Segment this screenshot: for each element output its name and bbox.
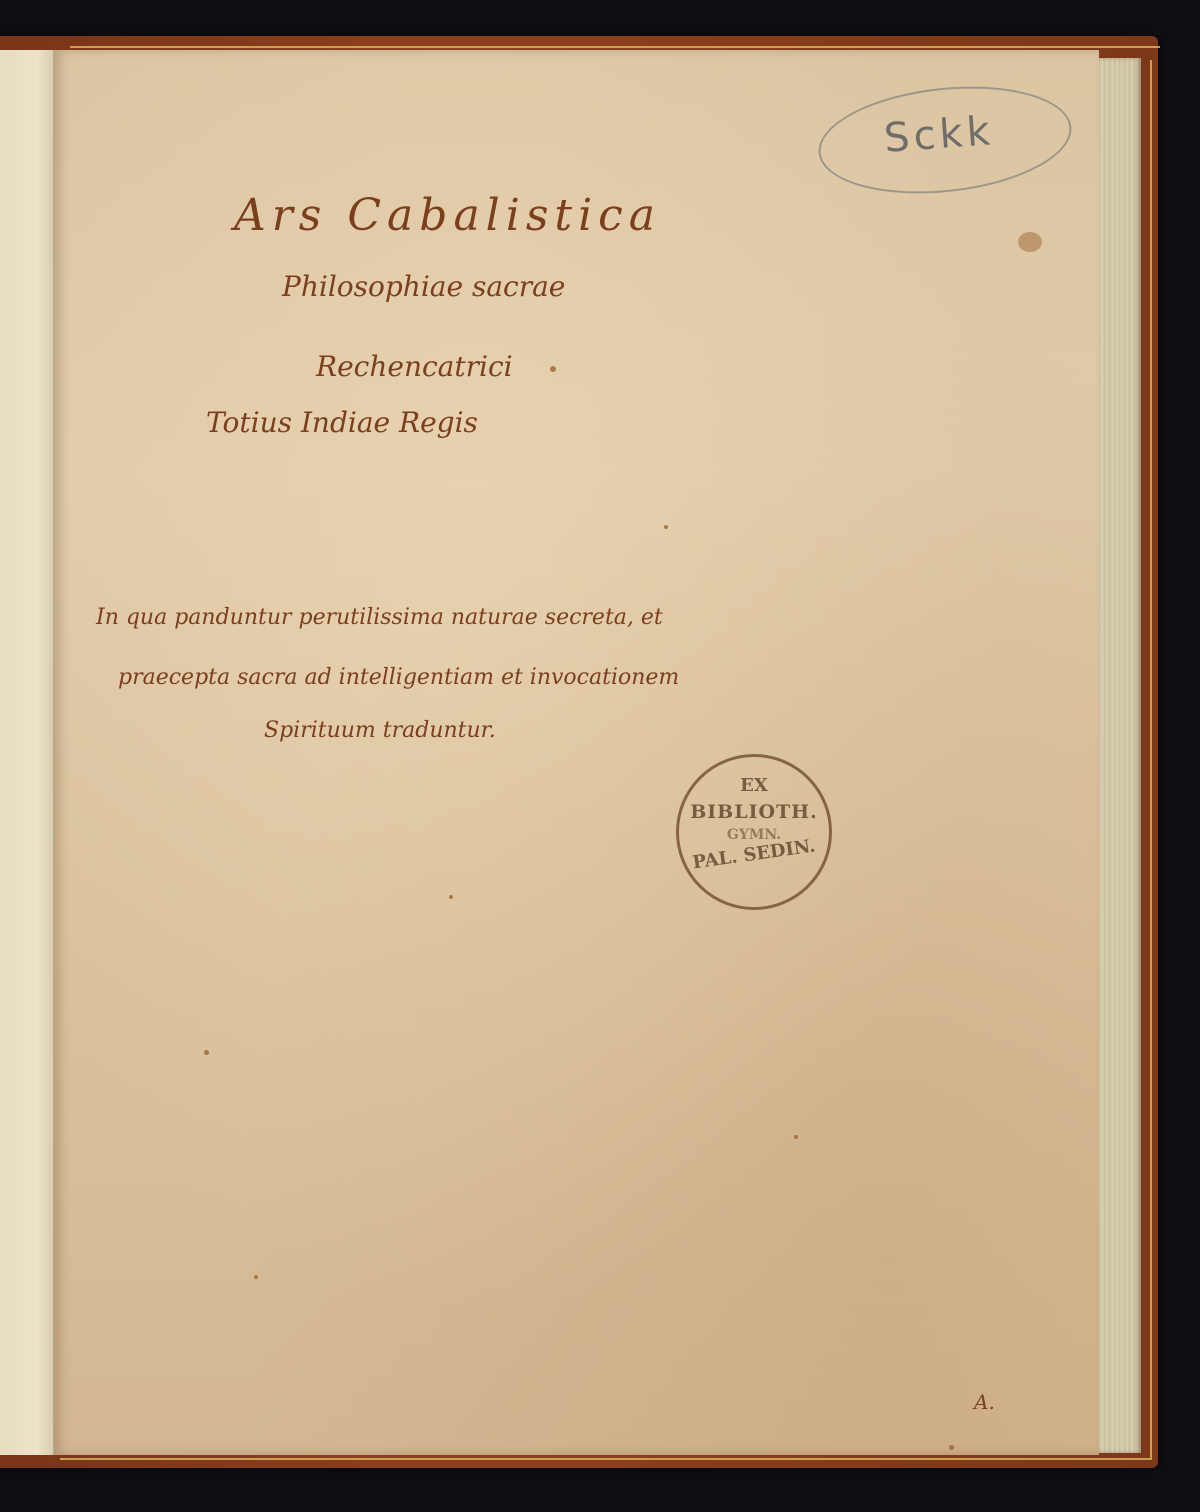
stamp-line-2: BIBLIOTH. [679, 803, 829, 822]
signature-mark: A. [974, 1390, 995, 1414]
foxing-spot [949, 1445, 954, 1450]
title-line-4: Totius Indiae Regis [206, 406, 478, 439]
gilt-rule-top [70, 46, 1160, 48]
title-line-3: Rechencatrici [316, 350, 513, 383]
title-line-1: Ars Cabalistica [234, 190, 661, 241]
library-stamp: EX BIBLIOTH. GYMN. PAL. SEDIN. [676, 754, 832, 910]
body-line-3: Spirituum traduntur. [264, 718, 496, 743]
manuscript-page: Sckk Ars Cabalistica Philosophiae sacrae… [54, 50, 1099, 1455]
foxing-spot [794, 1135, 798, 1139]
foxing-spot [1018, 232, 1042, 252]
body-line-1: In qua panduntur perutilissima naturae s… [96, 605, 663, 630]
gilt-rule-bottom [60, 1458, 1150, 1460]
foxing-spot [204, 1050, 209, 1055]
foxing-spot [449, 895, 453, 899]
book-photograph: Sckk Ars Cabalistica Philosophiae sacrae… [0, 0, 1200, 1512]
gilt-rule-right [1150, 60, 1152, 1460]
page-block-edges [1095, 58, 1141, 1453]
foxing-spot [664, 525, 668, 529]
foxing-spot [254, 1275, 258, 1279]
left-endpaper [0, 50, 54, 1455]
title-line-2: Philosophiae sacrae [282, 270, 565, 303]
foxing-spot [550, 366, 556, 372]
body-line-2: praecepta sacra ad intelligentiam et inv… [118, 665, 679, 690]
stamp-line-1: EX [679, 777, 829, 795]
